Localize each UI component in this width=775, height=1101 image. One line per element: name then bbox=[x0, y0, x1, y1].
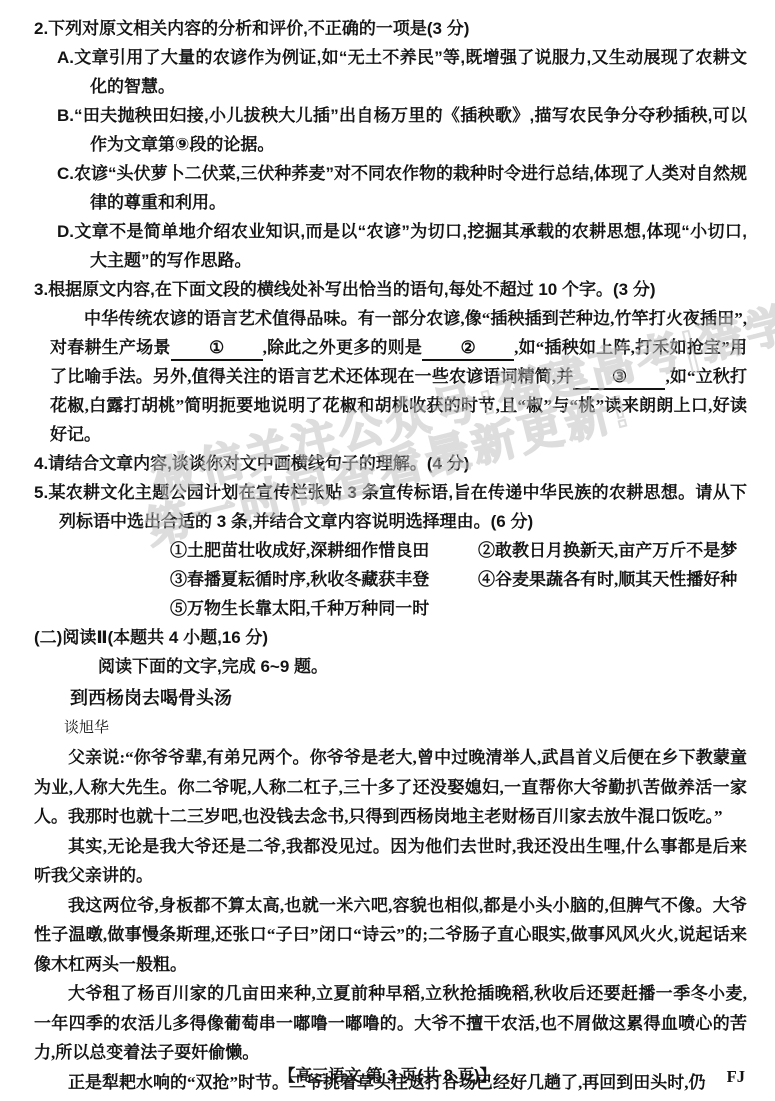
question-2-stem: 2.下列对原文相关内容的分析和评价,不正确的一项是(3 分) bbox=[34, 14, 747, 43]
question-2-option-a: A.文章引用了大量的农谚作为例证,如“无土不养民”等,既增强了说服力,又生动展现… bbox=[57, 43, 747, 101]
exam-page-content: 2.下列对原文相关内容的分析和评价,不正确的一项是(3 分) A.文章引用了大量… bbox=[0, 0, 775, 1097]
story-paragraph-4: 大爷租了杨百川家的几亩田来种,立夏前种早稻,立秋抢插晚稻,秋收后还要赶播一季冬小… bbox=[34, 979, 747, 1068]
story-paragraph-2: 其实,无论是我大爷还是二爷,我都没见过。因为他们去世时,我还没出生哩,什么事都是… bbox=[34, 832, 747, 891]
slogan-item-5: ⑤万物生长靠太阳,千种万种同一时 bbox=[170, 594, 478, 623]
exam-scan-page: { "watermark": { "line1": "微信关注公众号:福建高考|… bbox=[0, 0, 775, 1101]
question-3-stem: 3.根据原文内容,在下面文段的横线处补写出恰当的语句,每处不超过 10 个字。(… bbox=[34, 275, 747, 304]
story-paragraph-1: 父亲说:“你爷爷辈,有弟兄两个。你爷爷是老大,曾中过晚清举人,武昌首义后便在乡下… bbox=[34, 743, 747, 832]
fill-in-blank-2: ② bbox=[422, 337, 514, 361]
question-3-passage: 中华传统农谚的语言艺术值得品味。有一部分农谚,像“插秧插到芒种边,竹竿打火夜插田… bbox=[50, 304, 747, 449]
paper-code: FJ bbox=[727, 1062, 745, 1091]
slogan-item-4: ④谷麦果蔬各有时,顺其天性播好种 bbox=[478, 565, 747, 594]
reading-instruction: 阅读下面的文字,完成 6~9 题。 bbox=[98, 652, 747, 681]
fill-in-blank-1: ① bbox=[171, 337, 263, 361]
section-2-header: (二)阅读Ⅱ(本题共 4 小题,16 分) bbox=[34, 623, 747, 652]
question-2-option-b: B.“田夫抛秧田妇接,小儿拔秧大儿插”出自杨万里的《插秧歌》,描写农民争分夺秒插… bbox=[57, 101, 747, 159]
question-5-slogan-list: ①土肥苗壮收成好,深耕细作惜良田 ②敢教日月换新天,亩产万斤不是梦 ③春播夏耘循… bbox=[170, 536, 747, 623]
story-paragraph-3: 我这两位爷,身板都不算太高,也就一米六吧,容貌也相似,都是小头小脑的,但脾气不像… bbox=[34, 891, 747, 980]
page-number: 【高三语文 第 3 页(共 8 页)】 bbox=[279, 1067, 496, 1085]
question-2-options: A.文章引用了大量的农谚作为例证,如“无土不养民”等,既增强了说服力,又生动展现… bbox=[57, 43, 747, 275]
story-author: 谈旭华 bbox=[34, 714, 747, 744]
slogan-item-1: ①土肥苗壮收成好,深耕细作惜良田 bbox=[170, 536, 478, 565]
slogan-item-3: ③春播夏耘循时序,秋收冬藏获丰登 bbox=[170, 565, 478, 594]
story-title: 到西杨岗去喝骨头汤 bbox=[34, 684, 747, 714]
question-5-stem: 5.某农耕文化主题公园计划在宣传栏张贴 3 条宣传标语,旨在传递中华民族的农耕思… bbox=[34, 478, 747, 536]
page-footer: 【高三语文 第 3 页(共 8 页)】 FJ bbox=[0, 1062, 775, 1091]
reading-passage: 到西杨岗去喝骨头汤 谈旭华 父亲说:“你爷爷辈,有弟兄两个。你爷爷是老大,曾中过… bbox=[34, 684, 747, 1097]
fill-in-blank-3: ③ bbox=[573, 366, 665, 390]
question-4-stem: 4.请结合文章内容,谈谈你对文中画横线句子的理解。(4 分) bbox=[34, 449, 747, 478]
slogan-item-2: ②敢教日月换新天,亩产万斤不是梦 bbox=[478, 536, 747, 565]
question-2-option-d: D.文章不是简单地介绍农业知识,而是以“农谚”为切口,挖掘其承载的农耕思想,体现… bbox=[57, 217, 747, 275]
question-2-option-c: C.农谚“头伏萝卜二伏菜,三伏种荞麦”对不同农作物的栽种时令进行总结,体现了人类… bbox=[57, 159, 747, 217]
passage-segment: ,除此之外更多的则是 bbox=[263, 338, 423, 357]
